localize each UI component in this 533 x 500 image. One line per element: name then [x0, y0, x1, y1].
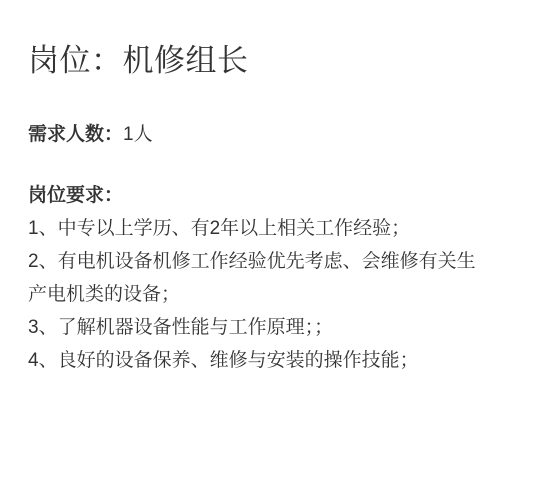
- requirement-item-2: 2、有电机设备机修工作经验优先考虑、会维修有关生产电机类的设备；: [28, 245, 477, 311]
- requirement-item-3: 3、了解机器设备性能与工作原理；；: [28, 311, 477, 344]
- job-title: 岗位：机修组长: [28, 40, 477, 82]
- job-detail-panel: 岗位：机修组长 需求人数：1人 岗位要求： 1、中专以上学历、有2年以上相关工作…: [0, 40, 533, 377]
- headcount-label: 需求人数：: [28, 124, 123, 145]
- headcount-row: 需求人数：1人: [28, 118, 477, 151]
- requirements-label: 岗位要求：: [28, 179, 477, 212]
- requirement-item-4: 4、良好的设备保养、维修与安装的操作技能；: [28, 344, 477, 377]
- requirement-item-1: 1、中专以上学历、有2年以上相关工作经验；: [28, 212, 477, 245]
- headcount-value: 1人: [123, 124, 153, 145]
- requirements-section: 岗位要求： 1、中专以上学历、有2年以上相关工作经验； 2、有电机设备机修工作经…: [28, 179, 477, 377]
